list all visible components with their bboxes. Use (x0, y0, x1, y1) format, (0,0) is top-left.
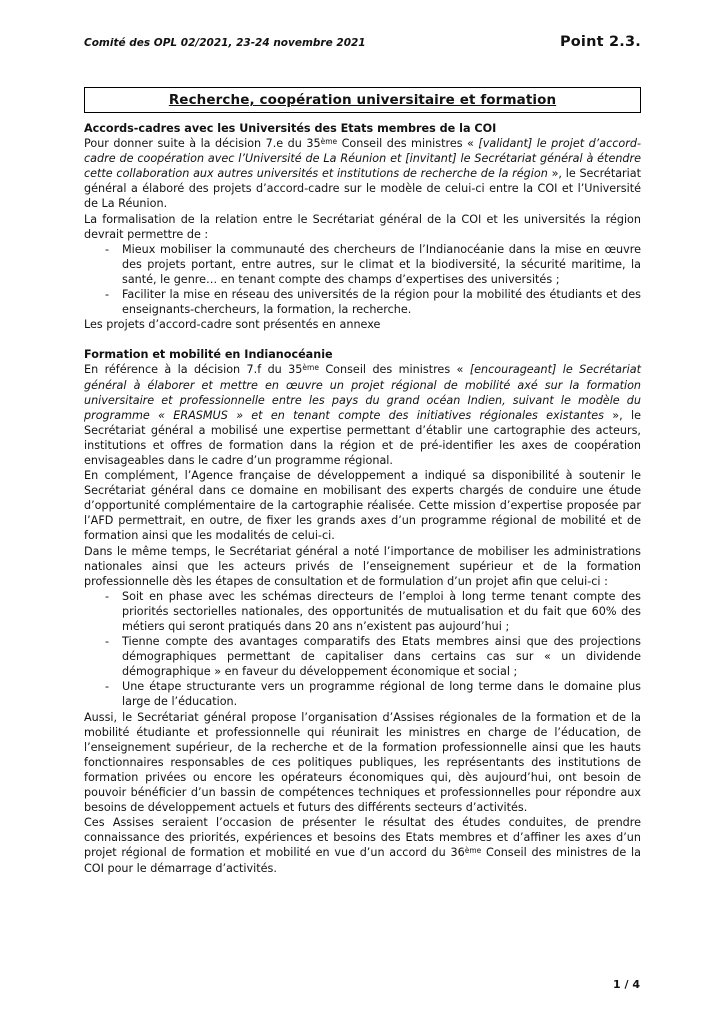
bullet-text: Faciliter la mise en réseau des universi… (122, 287, 641, 317)
bullet-dash-marker: - (84, 287, 122, 317)
bullet-text: Une étape structurante vers un programme… (122, 679, 641, 709)
bullet-item: -Mieux mobiliser la communauté des cherc… (84, 242, 641, 287)
paragraph: Pour donner suite à la décision 7.e du 3… (84, 136, 641, 211)
section-heading: Accords-cadres avec les Universités des … (84, 121, 641, 136)
agenda-point: Point 2.3. (560, 34, 641, 50)
body-text: Soit en phase avec les schémas directeur… (122, 590, 641, 633)
document-title-box: Recherche, coopération universitaire et … (84, 87, 641, 113)
superscript-text: ème (465, 846, 482, 855)
committee-reference: Comité des OPL 02/2021, 23-24 novembre 2… (84, 37, 366, 49)
document-page: Comité des OPL 02/2021, 23-24 novembre 2… (0, 0, 724, 1024)
paragraph: Dans le même temps, le Secrétariat génér… (84, 544, 641, 589)
paragraph: La formalisation de la relation entre le… (84, 212, 641, 242)
body-text: Faciliter la mise en réseau des universi… (122, 288, 641, 316)
bullet-list: -Soit en phase avec les schémas directeu… (84, 589, 641, 710)
body-text: Dans le même temps, le Secrétariat génér… (84, 545, 641, 588)
body-text: En référence à la décision 7.f du 35 (84, 363, 302, 376)
paragraph: Ces Assises seraient l’occasion de prése… (84, 815, 641, 875)
bullet-item: -Tienne compte des avantages comparatifs… (84, 634, 641, 679)
bullet-item: -Une étape structurante vers un programm… (84, 679, 641, 709)
superscript-text: ème (321, 137, 338, 146)
paragraph: En référence à la décision 7.f du 35ème … (84, 362, 641, 468)
document-body: Accords-cadres avec les Universités des … (84, 121, 641, 876)
document-title: Recherche, coopération universitaire et … (169, 92, 556, 108)
blank-line (84, 332, 641, 347)
body-text: Conseil des ministres « (337, 137, 478, 150)
paragraph: Les projets d’accord-cadre sont présenté… (84, 317, 641, 332)
bullet-text: Tienne compte des avantages comparatifs … (122, 634, 641, 679)
superscript-text: ème (302, 363, 319, 372)
body-text: En complément, l’Agence française de dév… (84, 469, 641, 542)
body-text: Les projets d’accord-cadre sont présenté… (84, 318, 380, 331)
bullet-dash-marker: - (84, 589, 122, 634)
bullet-item: -Soit en phase avec les schémas directeu… (84, 589, 641, 634)
body-text: Une étape structurante vers un programme… (122, 680, 641, 708)
page-number: 1 / 4 (613, 978, 640, 991)
page-header: Comité des OPL 02/2021, 23-24 novembre 2… (84, 34, 641, 50)
bullet-list: -Mieux mobiliser la communauté des cherc… (84, 242, 641, 317)
body-text: La formalisation de la relation entre le… (84, 213, 641, 241)
body-text: Mieux mobiliser la communauté des cherch… (122, 243, 641, 286)
body-text: Aussi, le Secrétariat général propose l’… (84, 711, 641, 815)
bullet-text: Mieux mobiliser la communauté des cherch… (122, 242, 641, 287)
section-heading: Formation et mobilité en Indianocéanie (84, 347, 641, 362)
paragraph: En complément, l’Agence française de dév… (84, 468, 641, 543)
body-text: Conseil des ministres « (319, 363, 470, 376)
bullet-dash-marker: - (84, 242, 122, 287)
bullet-item: -Faciliter la mise en réseau des univers… (84, 287, 641, 317)
bullet-dash-marker: - (84, 634, 122, 679)
body-text: Pour donner suite à la décision 7.e du 3… (84, 137, 321, 150)
bullet-dash-marker: - (84, 679, 122, 709)
body-text: Tienne compte des avantages comparatifs … (122, 635, 641, 678)
paragraph: Aussi, le Secrétariat général propose l’… (84, 710, 641, 816)
bullet-text: Soit en phase avec les schémas directeur… (122, 589, 641, 634)
